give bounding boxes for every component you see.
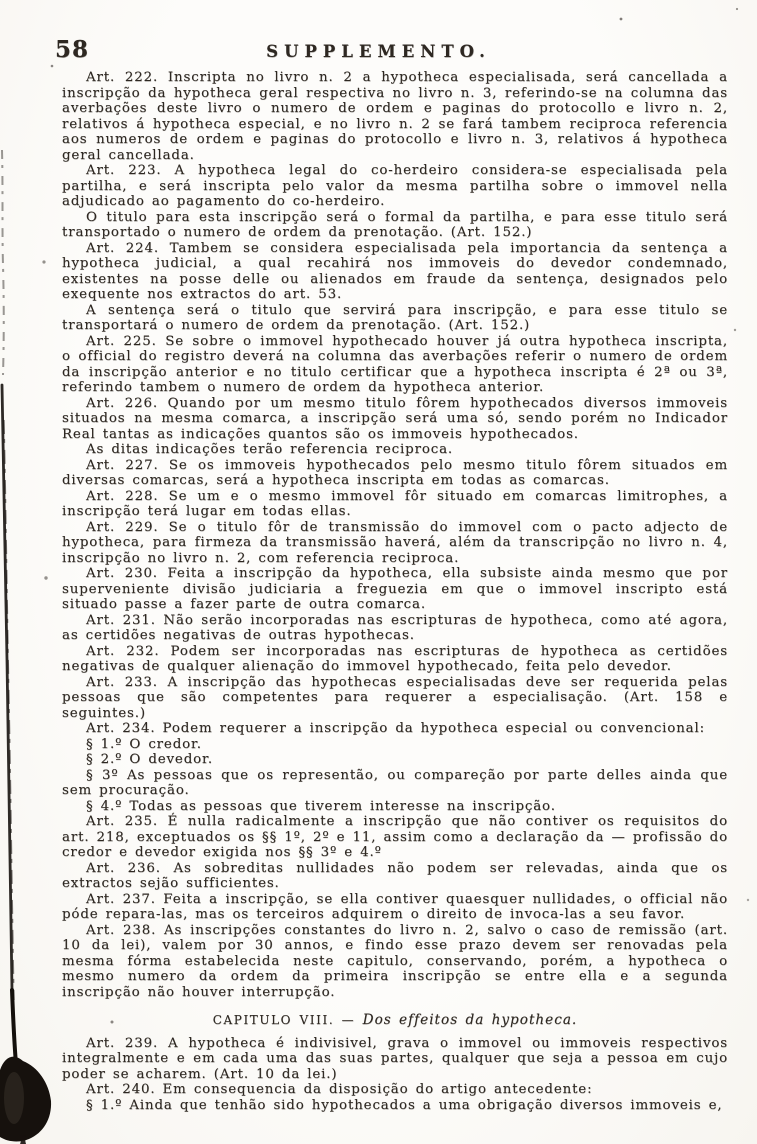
ink-blob-highlight — [4, 1072, 24, 1124]
binding-line-main — [2, 385, 12, 990]
paragraph: Art. 239. A hypotheca é indivisivel, gra… — [62, 1036, 728, 1083]
speck — [51, 65, 54, 68]
chapter-heading: CAPITULO VIII. — Dos effeitos da hypothe… — [62, 1013, 728, 1029]
binding-line-texture — [4, 420, 14, 1000]
paragraph: § 3º As pessoas que os representão, ou c… — [62, 768, 728, 799]
scanned-document-page: 58 SUPPLEMENTO. Art. 222. Inscripta no l… — [0, 0, 757, 1144]
speck — [747, 899, 749, 901]
paragraph: Art. 234. Podem requerer a inscripção da… — [62, 721, 728, 737]
ink-blob — [0, 1057, 51, 1142]
body-text-block: Art. 222. Inscripta no livro n. 2 a hypo… — [62, 70, 728, 1113]
speck — [736, 8, 738, 10]
paragraph: Art. 229. Se o titulo fôr de transmissão… — [62, 520, 728, 567]
paragraph: § 2.º O devedor. — [62, 752, 728, 768]
chapter-number: CAPITULO VIII. — — [213, 1013, 363, 1027]
paragraph: Art. 231. Não serão incorporadas nas esc… — [62, 613, 728, 644]
speck — [44, 576, 47, 579]
blob-stem — [12, 990, 16, 1064]
paragraph: § 1.º O credor. — [62, 737, 728, 753]
speck — [42, 260, 45, 263]
paragraph: A sentença será o titulo que servirá par… — [62, 303, 728, 334]
paragraph: Art. 237. Feita a inscripção, se ella co… — [62, 892, 728, 923]
speck — [620, 18, 623, 21]
paragraph: Art. 235. É nulla radicalmente a inscrip… — [62, 814, 728, 861]
ink-blob-tail — [20, 1135, 26, 1144]
paragraph: Art. 236. As sobreditas nullidades não p… — [62, 861, 728, 892]
page-header-title: SUPPLEMENTO. — [0, 42, 757, 61]
paragraph: § 4.º Todas as pessoas que tiverem inter… — [62, 799, 728, 815]
paragraph: As ditas indicações terão referencia rec… — [62, 442, 728, 458]
binding-line-upper — [2, 150, 4, 375]
paragraph: Art. 230. Feita a inscripção da hypothec… — [62, 566, 728, 613]
paragraph: Art. 223. A hypotheca legal do co-herdei… — [62, 163, 728, 210]
paragraph: Art. 228. Se um e o mesmo immovel fôr si… — [62, 489, 728, 520]
paragraph: Art. 226. Quando por um mesmo titulo fôr… — [62, 396, 728, 443]
paragraph: Art. 224. Tambem se considera especialis… — [62, 241, 728, 303]
chapter-title: Dos effeitos da hypotheca. — [363, 1012, 578, 1028]
paragraph: § 1.º Ainda que tenhão sido hypothecados… — [62, 1098, 728, 1114]
paragraph: Art. 240. Em consequencia da disposição … — [62, 1082, 728, 1098]
paragraph: Art. 225. Se sobre o immovel hypothecado… — [62, 334, 728, 396]
paragraph: Art. 233. A inscripção das hypothecas es… — [62, 675, 728, 722]
paragraph: Art. 238. As inscripções constantes do l… — [62, 923, 728, 1001]
speck — [734, 329, 736, 331]
paragraph: Art. 232. Podem ser incorporadas nas esc… — [62, 644, 728, 675]
paragraph: Art. 227. Se os immoveis hypothecados pe… — [62, 458, 728, 489]
paragraph: Art. 222. Inscripta no livro n. 2 a hypo… — [62, 70, 728, 163]
paragraph: O titulo para esta inscripção será o for… — [62, 210, 728, 241]
